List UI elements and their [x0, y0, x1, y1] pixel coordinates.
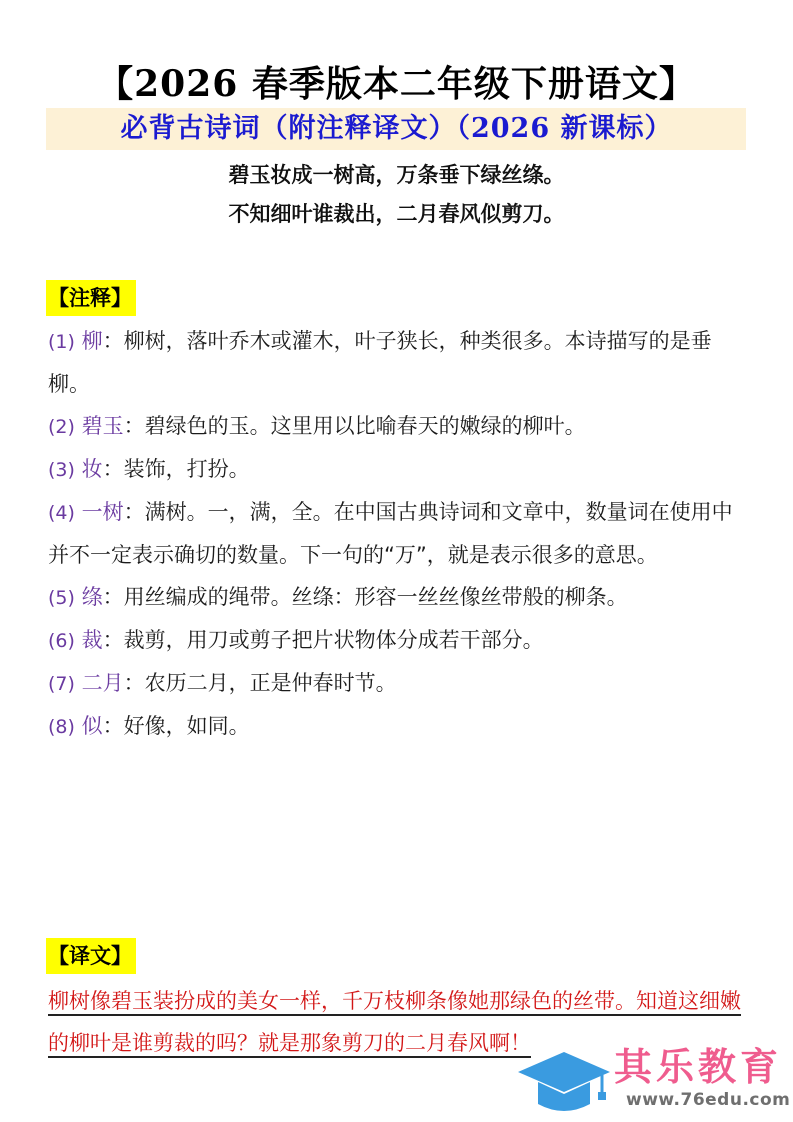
note-term: 二月: [82, 671, 124, 695]
note-term: 柳: [82, 329, 103, 353]
note-number: (3): [48, 459, 75, 481]
note-text: ：柳树，落叶乔木或灌木，叶子狭长，种类很多。本诗描写的是垂柳。: [48, 329, 712, 396]
note-number: (6): [48, 630, 75, 652]
note-text: ：用丝编成的绳带。丝绦：形容一丝丝像丝带般的柳条。: [103, 585, 628, 609]
page-subtitle: 必背古诗词（附注释译文）（2026 新课标）: [0, 110, 793, 148]
graduation-cap-icon: [514, 1048, 614, 1116]
note-term: 妆: [82, 457, 103, 481]
page-title: 【2026 春季版本二年级下册语文】: [0, 62, 793, 106]
note-term: 似: [82, 714, 103, 738]
note-text: ：满树。一，满，全。在中国古典诗词和文章中，数量词在使用中并不一定表示确切的数量…: [48, 500, 733, 567]
note-text: ：好像，如同。: [103, 714, 250, 738]
translation-label: 【译文】: [46, 938, 136, 974]
notes-label: 【注释】: [46, 280, 136, 316]
note-term: 一树: [82, 500, 124, 524]
note-text: ：农历二月，正是仲春时节。: [124, 671, 397, 695]
note-term: 碧玉: [82, 414, 124, 438]
note-term: 裁: [82, 628, 103, 652]
poem: 碧玉妆成一树高，万条垂下绿丝绦。 不知细叶谁裁出，二月春风似剪刀。: [0, 156, 793, 234]
note-item: (1) 柳：柳树，落叶乔木或灌木，叶子狭长，种类很多。本诗描写的是垂柳。: [48, 320, 748, 405]
poem-line: 碧玉妆成一树高，万条垂下绿丝绦。: [0, 156, 793, 195]
notes-list: (1) 柳：柳树，落叶乔木或灌木，叶子狭长，种类很多。本诗描写的是垂柳。 (2)…: [48, 320, 748, 748]
watermark-logo: 其乐教育 www.76edu.com: [514, 1044, 784, 1116]
note-item: (5) 绦：用丝编成的绳带。丝绦：形容一丝丝像丝带般的柳条。: [48, 576, 748, 619]
note-number: (1): [48, 331, 75, 353]
note-number: (4): [48, 502, 75, 524]
poem-line: 不知细叶谁裁出，二月春风似剪刀。: [0, 195, 793, 234]
note-text: ：裁剪，用刀或剪子把片状物体分成若干部分。: [103, 628, 544, 652]
note-item: (4) 一树：满树。一，满，全。在中国古典诗词和文章中，数量词在使用中并不一定表…: [48, 491, 748, 576]
note-number: (8): [48, 716, 75, 738]
watermark-url: www.76edu.com: [626, 1090, 790, 1110]
note-item: (2) 碧玉：碧绿色的玉。这里用以比喻春天的嫩绿的柳叶。: [48, 405, 748, 448]
note-term: 绦: [82, 585, 103, 609]
watermark-brand: 其乐教育: [614, 1044, 782, 1090]
note-number: (5): [48, 587, 75, 609]
note-text: ：装饰，打扮。: [103, 457, 250, 481]
note-item: (7) 二月：农历二月，正是仲春时节。: [48, 662, 748, 705]
note-number: (7): [48, 673, 75, 695]
note-item: (3) 妆：装饰，打扮。: [48, 448, 748, 491]
note-text: ：碧绿色的玉。这里用以比喻春天的嫩绿的柳叶。: [124, 414, 586, 438]
note-item: (6) 裁：裁剪，用刀或剪子把片状物体分成若干部分。: [48, 619, 748, 662]
note-item: (8) 似：好像，如同。: [48, 705, 748, 748]
note-number: (2): [48, 416, 75, 438]
